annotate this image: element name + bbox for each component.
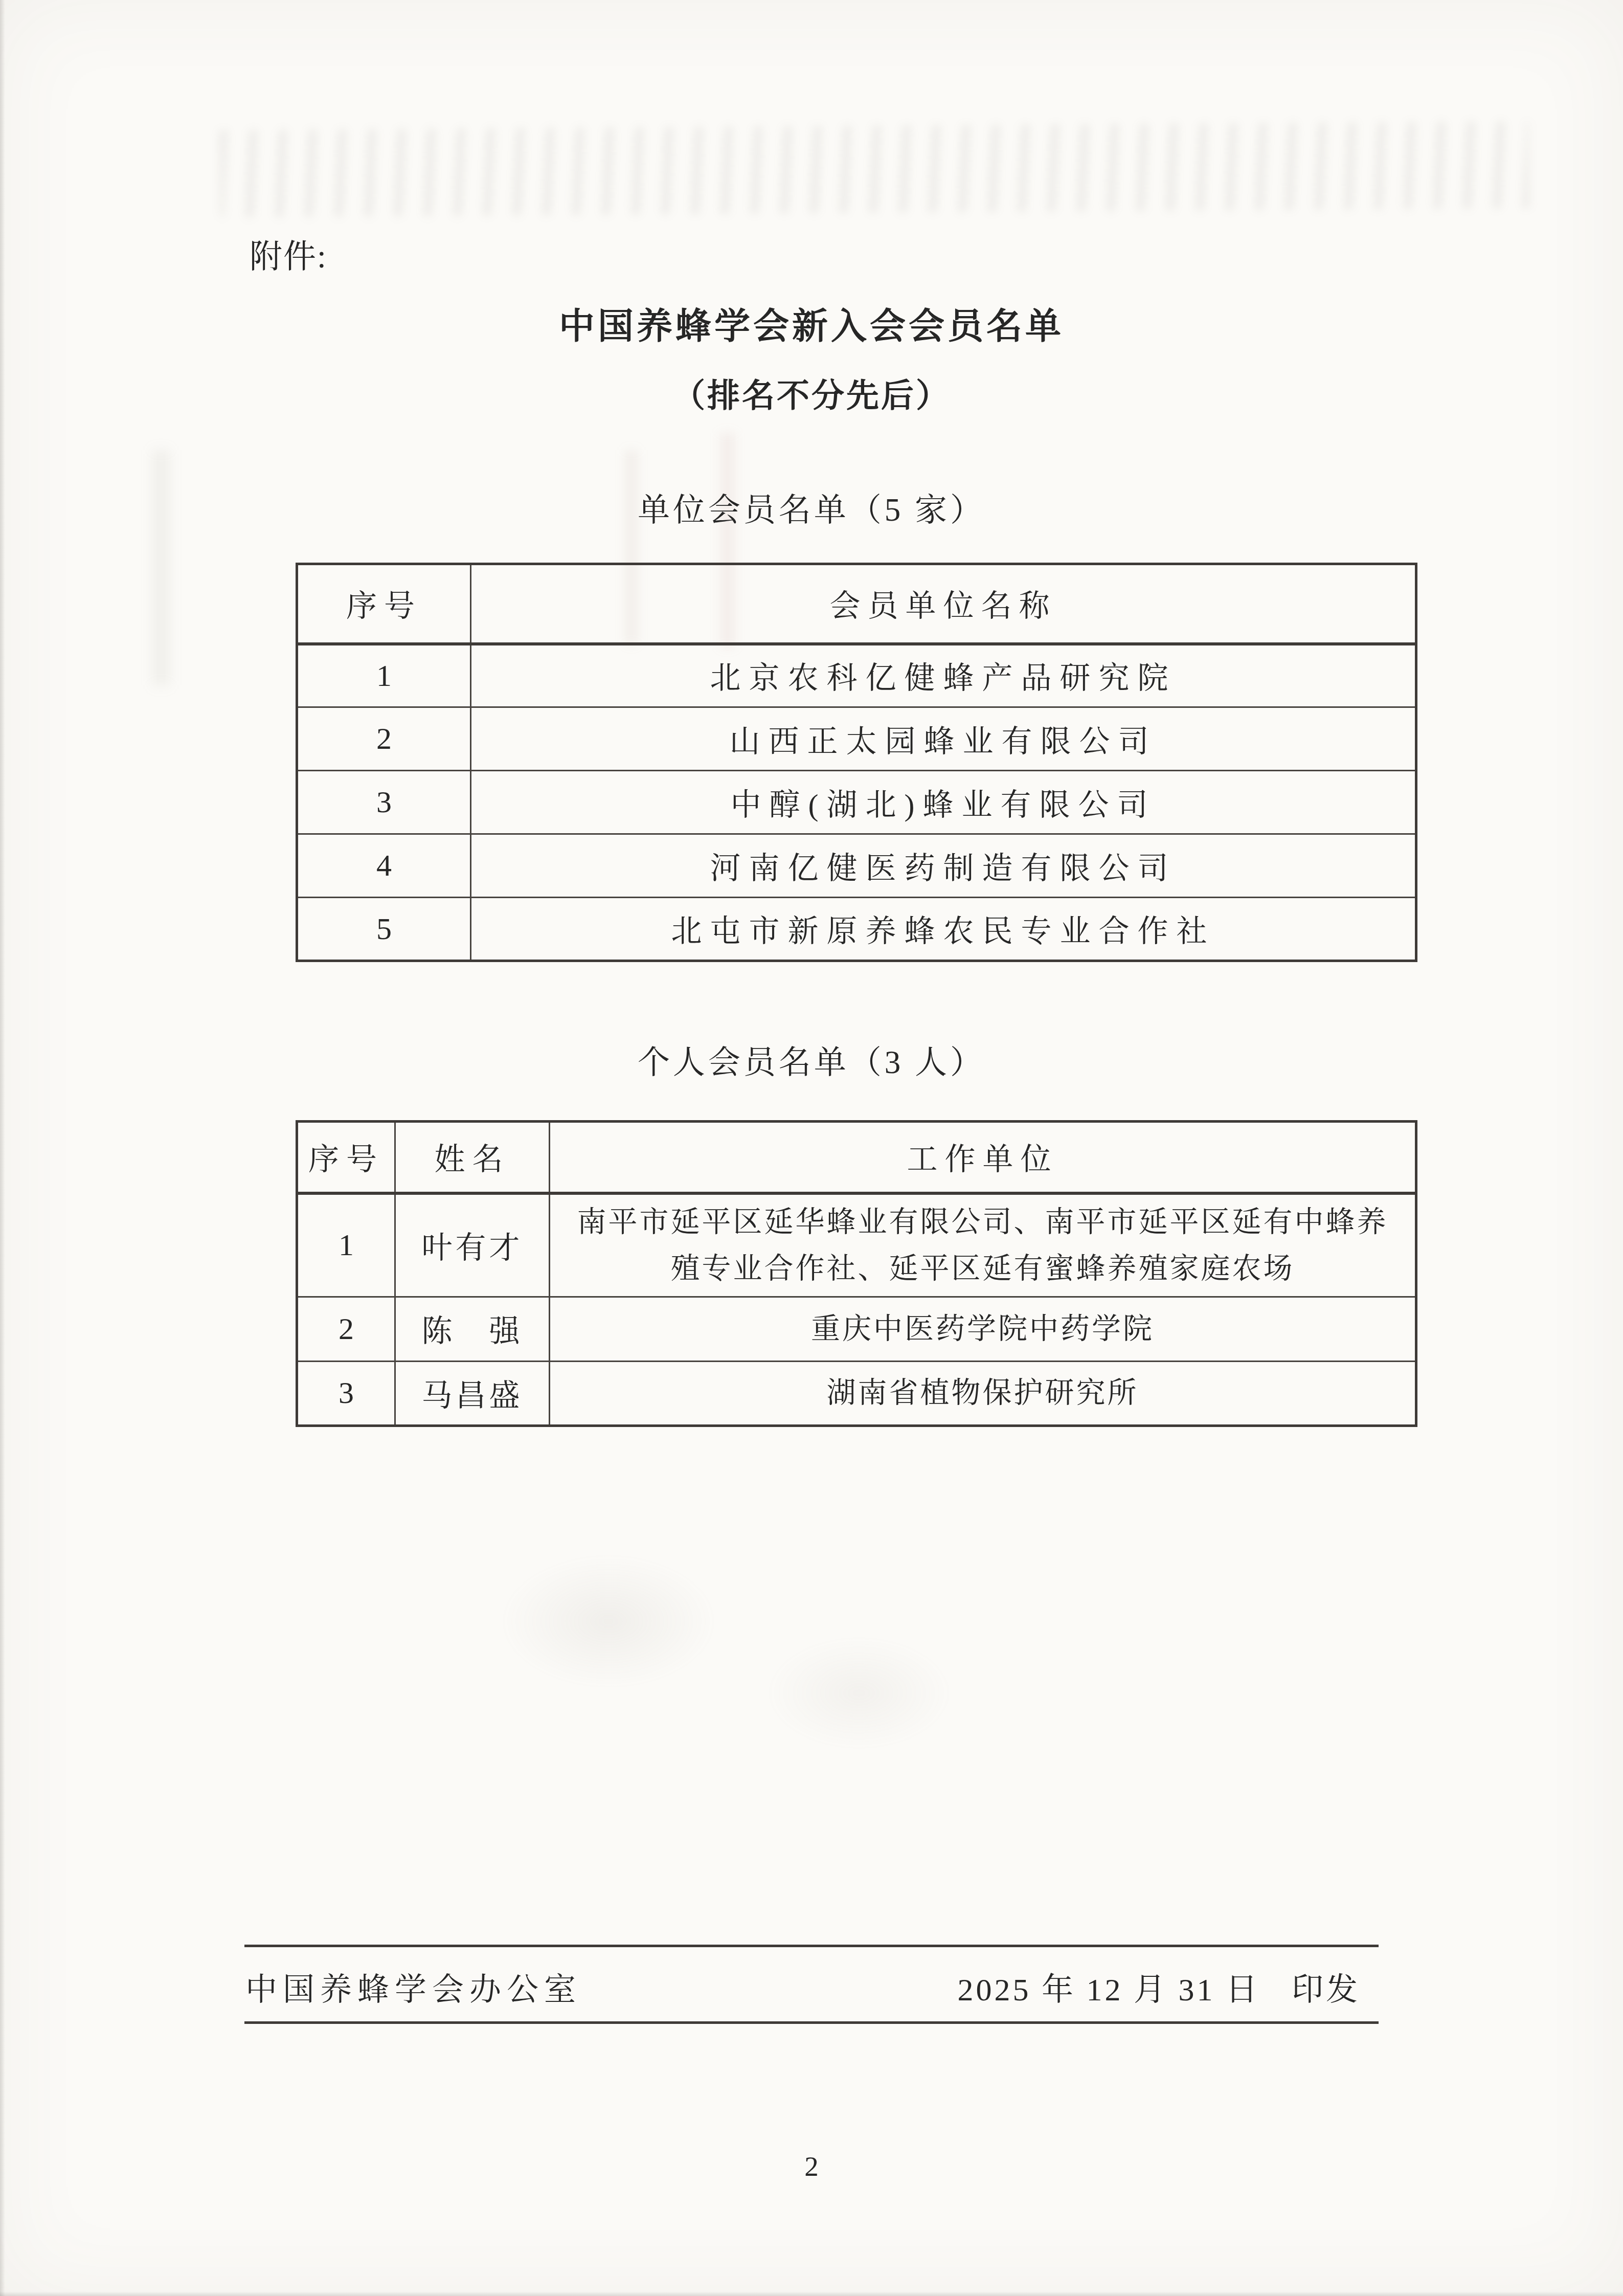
unit-members-table: 序号 会员单位名称 1 北京农科亿健蜂产品研究院 2 山西正太园蜂业有限公司 3… xyxy=(296,563,1417,962)
row-index: 3 xyxy=(297,1361,395,1425)
column-header-name: 姓名 xyxy=(395,1122,550,1193)
issue-label: 印发 xyxy=(1292,1964,1360,2010)
row-index: 5 xyxy=(297,898,471,961)
row-index: 4 xyxy=(297,834,471,898)
table-header-row: 序号 姓名 工作单位 xyxy=(297,1122,1416,1193)
person-name: 叶有才 xyxy=(395,1193,550,1297)
scanned-document-page: 附件: 中国养蜂学会新入会会员名单 （排名不分先后） 单位会员名单（5 家） 序… xyxy=(0,0,1623,2296)
footer-rule-bottom xyxy=(244,2021,1379,2024)
row-index: 1 xyxy=(297,1193,395,1297)
workplace: 湖南省植物保护研究所 xyxy=(550,1361,1416,1425)
table-row: 1 北京农科亿健蜂产品研究院 xyxy=(297,644,1416,707)
row-index: 3 xyxy=(297,771,471,834)
table-row: 5 北屯市新原养蜂农民专业合作社 xyxy=(297,898,1416,961)
table-row: 3 马昌盛 湖南省植物保护研究所 xyxy=(297,1361,1416,1425)
unit-name: 河南亿健医药制造有限公司 xyxy=(471,834,1416,898)
row-index: 2 xyxy=(297,1297,395,1361)
table-row: 2 山西正太园蜂业有限公司 xyxy=(297,707,1416,771)
unit-name: 中醇(湖北)蜂业有限公司 xyxy=(471,771,1416,834)
row-index: 1 xyxy=(297,644,471,707)
column-header-workplace: 工作单位 xyxy=(550,1122,1416,1193)
attachment-label: 附件: xyxy=(250,230,327,277)
table-row: 1 叶有才 南平市延平区延华蜂业有限公司、南平市延平区延有中蜂养殖专业合作社、延… xyxy=(297,1193,1416,1297)
table-header-row: 序号 会员单位名称 xyxy=(297,564,1416,644)
workplace: 南平市延平区延华蜂业有限公司、南平市延平区延有中蜂养殖专业合作社、延平区延有蜜蜂… xyxy=(550,1193,1416,1297)
column-header-unit-name: 会员单位名称 xyxy=(471,564,1416,644)
footer-rule-top xyxy=(244,1945,1379,1947)
person-name: 陈 强 xyxy=(395,1297,550,1361)
individual-members-heading: 个人会员名单（3 人） xyxy=(0,1036,1623,1083)
bleed-through-artifact xyxy=(501,1555,716,1688)
issue-date-line: 2025 年 12 月 31 日 印发 xyxy=(957,1964,1360,2010)
workplace: 重庆中医药学院中药学院 xyxy=(550,1297,1416,1361)
person-name: 马昌盛 xyxy=(395,1361,550,1425)
issuing-office: 中国养蜂学会办公室 xyxy=(245,1964,581,2010)
scan-edge-shadow-bottom xyxy=(0,2291,1623,2296)
column-header-index: 序号 xyxy=(297,564,471,644)
unit-name: 北京农科亿健蜂产品研究院 xyxy=(471,644,1416,707)
unit-name: 北屯市新原养蜂农民专业合作社 xyxy=(471,898,1416,961)
document-title: 中国养蜂学会新入会会员名单 xyxy=(0,298,1623,349)
table-row: 2 陈 强 重庆中医药学院中药学院 xyxy=(297,1297,1416,1361)
unit-members-heading: 单位会员名单（5 家） xyxy=(0,484,1623,530)
issue-date: 2025 年 12 月 31 日 xyxy=(957,1964,1260,2010)
page-number: 2 xyxy=(0,2150,1623,2182)
document-subtitle: （排名不分先后） xyxy=(0,369,1623,416)
table-row: 4 河南亿健医药制造有限公司 xyxy=(297,834,1416,898)
row-index: 2 xyxy=(297,707,471,771)
column-header-index: 序号 xyxy=(297,1122,395,1193)
bleed-through-artifact xyxy=(219,121,1529,217)
table-row: 3 中醇(湖北)蜂业有限公司 xyxy=(297,771,1416,834)
bleed-through-artifact xyxy=(767,1637,951,1749)
unit-name: 山西正太园蜂业有限公司 xyxy=(471,707,1416,771)
individual-members-table: 序号 姓名 工作单位 1 叶有才 南平市延平区延华蜂业有限公司、南平市延平区延有… xyxy=(296,1120,1417,1427)
